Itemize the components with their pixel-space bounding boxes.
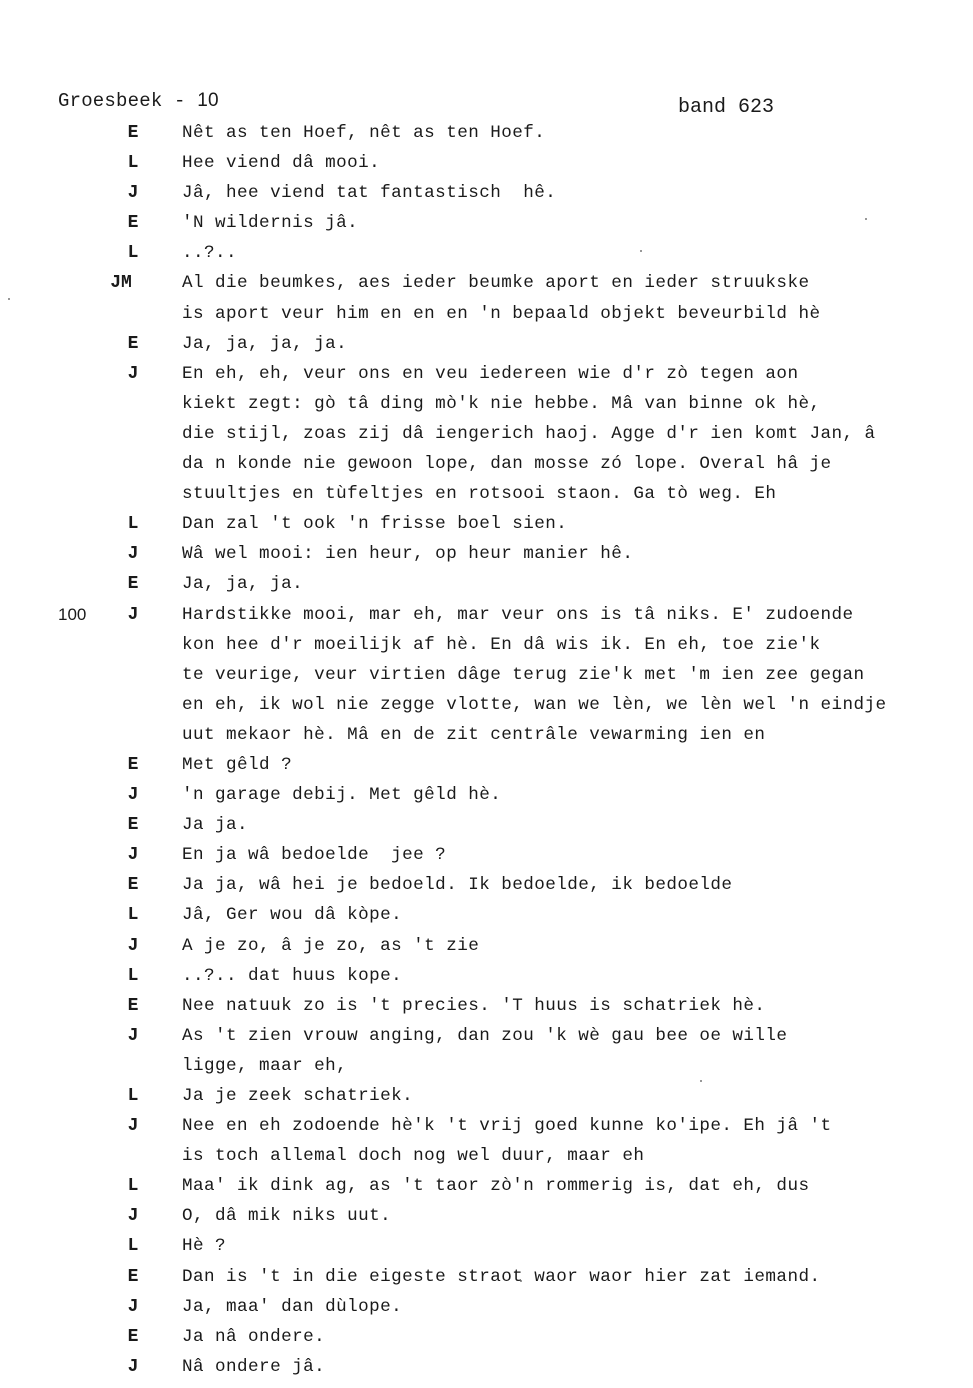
transcript-line: J'n garage debij. Met gêld hè. [0,784,973,814]
header-separator: - [174,90,186,112]
speaker-label: E [118,573,148,595]
location-name: Groesbeek [58,90,162,112]
speaker-label: L [118,513,148,535]
transcript-line: LJâ, Ger wou dâ kòpe. [0,904,973,934]
utterance-text: 'n garage debij. Met gêld hè. [182,784,501,806]
utterance-text: is toch allemal doch nog wel duur, maar … [182,1145,644,1167]
speaker-label: E [118,754,148,776]
transcript-line: kiekt zegt: gò tâ ding mò'k nie hebbe. M… [0,393,973,423]
speaker-label: J [118,784,148,806]
speaker-label: J [118,363,148,385]
utterance-text: stuultjes en tùfeltjes en rotsooi staon.… [182,483,776,505]
transcript-line: EJa, ja, ja. [0,573,973,603]
transcript-line: die stijl, zoas zij dâ iengerich haoj. A… [0,423,973,453]
utterance-text: Ja, ja, ja. [182,573,303,595]
utterance-text: Dan is 't in die eigeste straot waor wao… [182,1266,820,1288]
transcript-line: LDan zal 't ook 'n frisse boel sien. [0,513,973,543]
speaker-label: J [118,1115,148,1137]
transcript-line: ligge, maar eh, [0,1055,973,1085]
transcript-line: EJa nâ ondere. [0,1326,973,1356]
transcript-line: L..?.. dat huus kope. [0,965,973,995]
utterance-text: te veurige, veur virtien dâge terug zie'… [182,664,865,686]
transcript-line: EJa ja. [0,814,973,844]
utterance-text: 'N wildernis jâ. [182,212,358,234]
utterance-text: Ja, ja, ja, ja. [182,333,347,355]
transcript-line: E'N wildernis jâ. [0,212,973,242]
speaker-label: J [118,1205,148,1227]
scan-speck [520,1280,522,1282]
transcript-line: L..?.. [0,242,973,272]
page-header-title: Groesbeek - 10 [58,90,219,112]
utterance-text: ligge, maar eh, [182,1055,347,1077]
transcript-line: EJa, ja, ja, ja. [0,333,973,363]
transcript-line: ENêt as ten Hoef, nêt as ten Hoef. [0,122,973,152]
transcript-line: da n konde nie gewoon lope, dan mosse zó… [0,453,973,483]
utterance-text: Jâ, hee viend tat fantastisch hê. [182,182,556,204]
utterance-text: Met gêld ? [182,754,292,776]
transcript-line: LHee viend dâ mooi. [0,152,973,182]
utterance-text: Hee viend dâ mooi. [182,152,380,174]
utterance-text: ..?.. [182,242,237,264]
utterance-text: Dan zal 't ook 'n frisse boel sien. [182,513,567,535]
speaker-label: L [118,1085,148,1107]
transcript-line: stuultjes en tùfeltjes en rotsooi staon.… [0,483,973,513]
transcript-line: LHè ? [0,1235,973,1265]
transcript-line: JWâ wel mooi: ien heur, op heur manier h… [0,543,973,573]
speaker-label: L [118,242,148,264]
speaker-label: E [118,1266,148,1288]
tape-number: band 623 [678,96,774,119]
speaker-label: E [118,814,148,836]
transcript-line: is toch allemal doch nog wel duur, maar … [0,1145,973,1175]
speaker-label: J [118,182,148,204]
utterance-text: kiekt zegt: gò tâ ding mò'k nie hebbe. M… [182,393,820,415]
utterance-text: Wâ wel mooi: ien heur, op heur manier hê… [182,543,633,565]
transcript-line: JMAl die beumkes, aes ieder beumke aport… [0,272,973,302]
speaker-label: JM [106,272,136,294]
utterance-text: die stijl, zoas zij dâ iengerich haoj. A… [182,423,876,445]
transcript-line: JEn eh, eh, veur ons en veu iedereen wie… [0,363,973,393]
speaker-label: J [118,935,148,957]
utterance-text: Ja ja. [182,814,248,836]
speaker-label: J [118,1356,148,1378]
transcript-line: EJa ja, wâ hei je bedoeld. Ik bedoelde, … [0,874,973,904]
utterance-text: kon hee d'r moeilijk af hè. En dâ wis ik… [182,634,820,656]
transcript-line: JAs 't zien vrouw anging, dan zou 'k wè … [0,1025,973,1055]
utterance-text: da n konde nie gewoon lope, dan mosse zó… [182,453,831,475]
speaker-label: E [118,333,148,355]
transcript-line: en eh, ik wol nie zegge vlotte, wan we l… [0,694,973,724]
utterance-text: Nêt as ten Hoef, nêt as ten Hoef. [182,122,545,144]
speaker-label: L [118,965,148,987]
utterance-text: Ja, maa' dan dùlope. [182,1296,402,1318]
utterance-text: O, dâ mik niks uut. [182,1205,391,1227]
speaker-label: J [118,1296,148,1318]
transcript-line: is aport veur him en en en 'n bepaald ob… [0,303,973,333]
utterance-text: Nee en eh zodoende hè'k 't vrij goed kun… [182,1115,831,1137]
speaker-label: E [118,1326,148,1348]
utterance-text: Hardstikke mooi, mar eh, mar veur ons is… [182,604,854,626]
speaker-label: E [118,995,148,1017]
transcript-line: kon hee d'r moeilijk af hè. En dâ wis ik… [0,634,973,664]
utterance-text: Ja ja, wâ hei je bedoeld. Ik bedoelde, i… [182,874,732,896]
transcript-line: te veurige, veur virtien dâge terug zie'… [0,664,973,694]
utterance-text: Ja nâ ondere. [182,1326,325,1348]
transcript-line: uut mekaor hè. Mâ en de zit centrâle vew… [0,724,973,754]
speaker-label: E [118,874,148,896]
utterance-text: Nee natuuk zo is 't precies. 'T huus is … [182,995,765,1017]
speaker-label: E [118,212,148,234]
speaker-label: J [118,1025,148,1047]
utterance-text: Ja je zeek schatriek. [182,1085,413,1107]
speaker-label: L [118,904,148,926]
speaker-label: J [118,604,148,626]
transcript-line: EMet gêld ? [0,754,973,784]
utterance-text: Maa' ik dink ag, as 't taor zò'n rommeri… [182,1175,809,1197]
transcript-line: LMaa' ik dink ag, as 't taor zò'n rommer… [0,1175,973,1205]
transcript-line: JEn ja wâ bedoelde jee ? [0,844,973,874]
utterance-text: Jâ, Ger wou dâ kòpe. [182,904,402,926]
utterance-text: uut mekaor hè. Mâ en de zit centrâle vew… [182,724,765,746]
speaker-label: L [118,1175,148,1197]
speaker-label: E [118,122,148,144]
utterance-text: Hè ? [182,1235,226,1257]
utterance-text: Al die beumkes, aes ieder beumke aport e… [182,272,809,294]
utterance-text: As 't zien vrouw anging, dan zou 'k wè g… [182,1025,787,1047]
line-count-marker: 100 [58,604,86,626]
page-number: 10 [197,90,219,111]
scan-speck [640,250,642,252]
transcript-line: ENee natuuk zo is 't precies. 'T huus is… [0,995,973,1025]
transcript-line: LJa je zeek schatriek. [0,1085,973,1115]
speaker-label: J [118,844,148,866]
transcript-line: JO, dâ mik niks uut. [0,1205,973,1235]
speaker-label: L [118,1235,148,1257]
utterance-text: En ja wâ bedoelde jee ? [182,844,446,866]
scan-speck [8,298,10,300]
scan-speck [865,218,867,220]
utterance-text: en eh, ik wol nie zegge vlotte, wan we l… [182,694,887,716]
transcript-line: JNee en eh zodoende hè'k 't vrij goed ku… [0,1115,973,1145]
speaker-label: L [118,152,148,174]
utterance-text: A je zo, â je zo, as 't zie [182,935,479,957]
transcript-line: JNâ ondere jâ. [0,1356,973,1386]
transcript-page: Groesbeek - 10 band 623 ENêt as ten Hoef… [0,0,973,1388]
transcript-lines: ENêt as ten Hoef, nêt as ten Hoef.LHee v… [0,122,973,1386]
speaker-label: J [118,543,148,565]
transcript-line: JJa, maa' dan dùlope. [0,1296,973,1326]
utterance-text: En eh, eh, veur ons en veu iedereen wie … [182,363,798,385]
utterance-text: ..?.. dat huus kope. [182,965,402,987]
transcript-line: EDan is 't in die eigeste straot waor wa… [0,1266,973,1296]
transcript-line: JA je zo, â je zo, as 't zie [0,935,973,965]
scan-speck [700,1080,702,1082]
transcript-line: 100JHardstikke mooi, mar eh, mar veur on… [0,604,973,634]
utterance-text: Nâ ondere jâ. [182,1356,325,1378]
utterance-text: is aport veur him en en en 'n bepaald ob… [182,303,820,325]
transcript-line: JJâ, hee viend tat fantastisch hê. [0,182,973,212]
